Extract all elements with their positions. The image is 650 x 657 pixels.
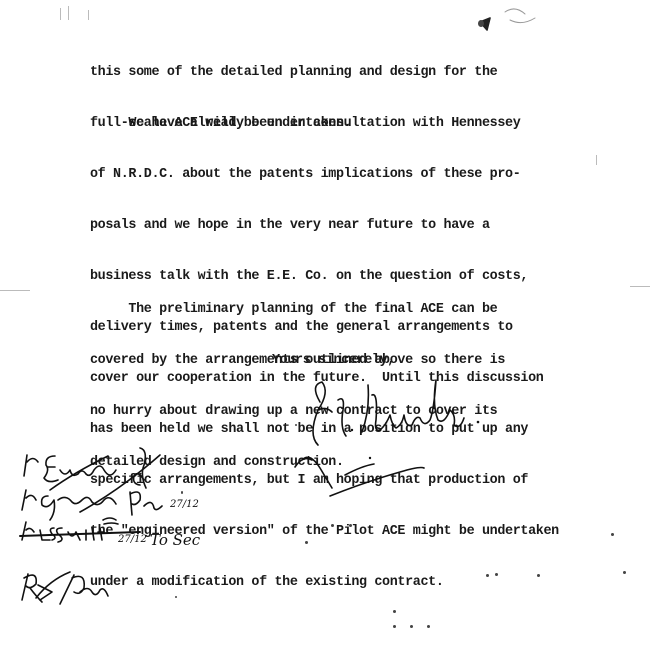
scan-line (0, 290, 30, 291)
scanned-letter-page: this some of the detailed planning and d… (0, 0, 650, 657)
scan-speck (393, 625, 396, 628)
scan-speck (331, 524, 334, 527)
scan-speck (295, 424, 297, 426)
handwriting-layer: 27/12 27/12 To Sec (0, 0, 650, 657)
scan-speck (349, 524, 352, 527)
scan-speck (611, 533, 614, 536)
scan-speck (181, 491, 183, 494)
scan-mark (596, 155, 597, 165)
signature-hiscocks (313, 380, 479, 445)
scan-speck (305, 541, 308, 544)
scan-speck (537, 574, 540, 577)
scan-speck (486, 574, 489, 577)
annotation-initials-bottom (22, 572, 108, 604)
scan-mark (68, 6, 69, 20)
margin-mark-icon (480, 9, 535, 30)
annotation-mr-evans (24, 448, 146, 490)
scan-speck (623, 571, 626, 574)
scan-line (630, 286, 650, 287)
scan-mark (88, 10, 89, 20)
scan-speck (175, 596, 177, 598)
annotation-mr-greenwade: 27/12 (22, 455, 199, 520)
annotation-mr-ls-smith-struck: 27/12 To Sec (20, 518, 201, 549)
annotation-note: To Sec (150, 531, 201, 549)
initials-mark (295, 457, 424, 496)
scan-speck (410, 625, 413, 628)
scan-speck (478, 20, 484, 27)
annotation-date: 27/12 (117, 534, 147, 545)
scan-speck (495, 573, 498, 576)
scan-mark (60, 8, 61, 20)
annotation-date: 27/12 (169, 499, 199, 510)
scan-speck (393, 610, 396, 613)
scan-speck (427, 625, 430, 628)
